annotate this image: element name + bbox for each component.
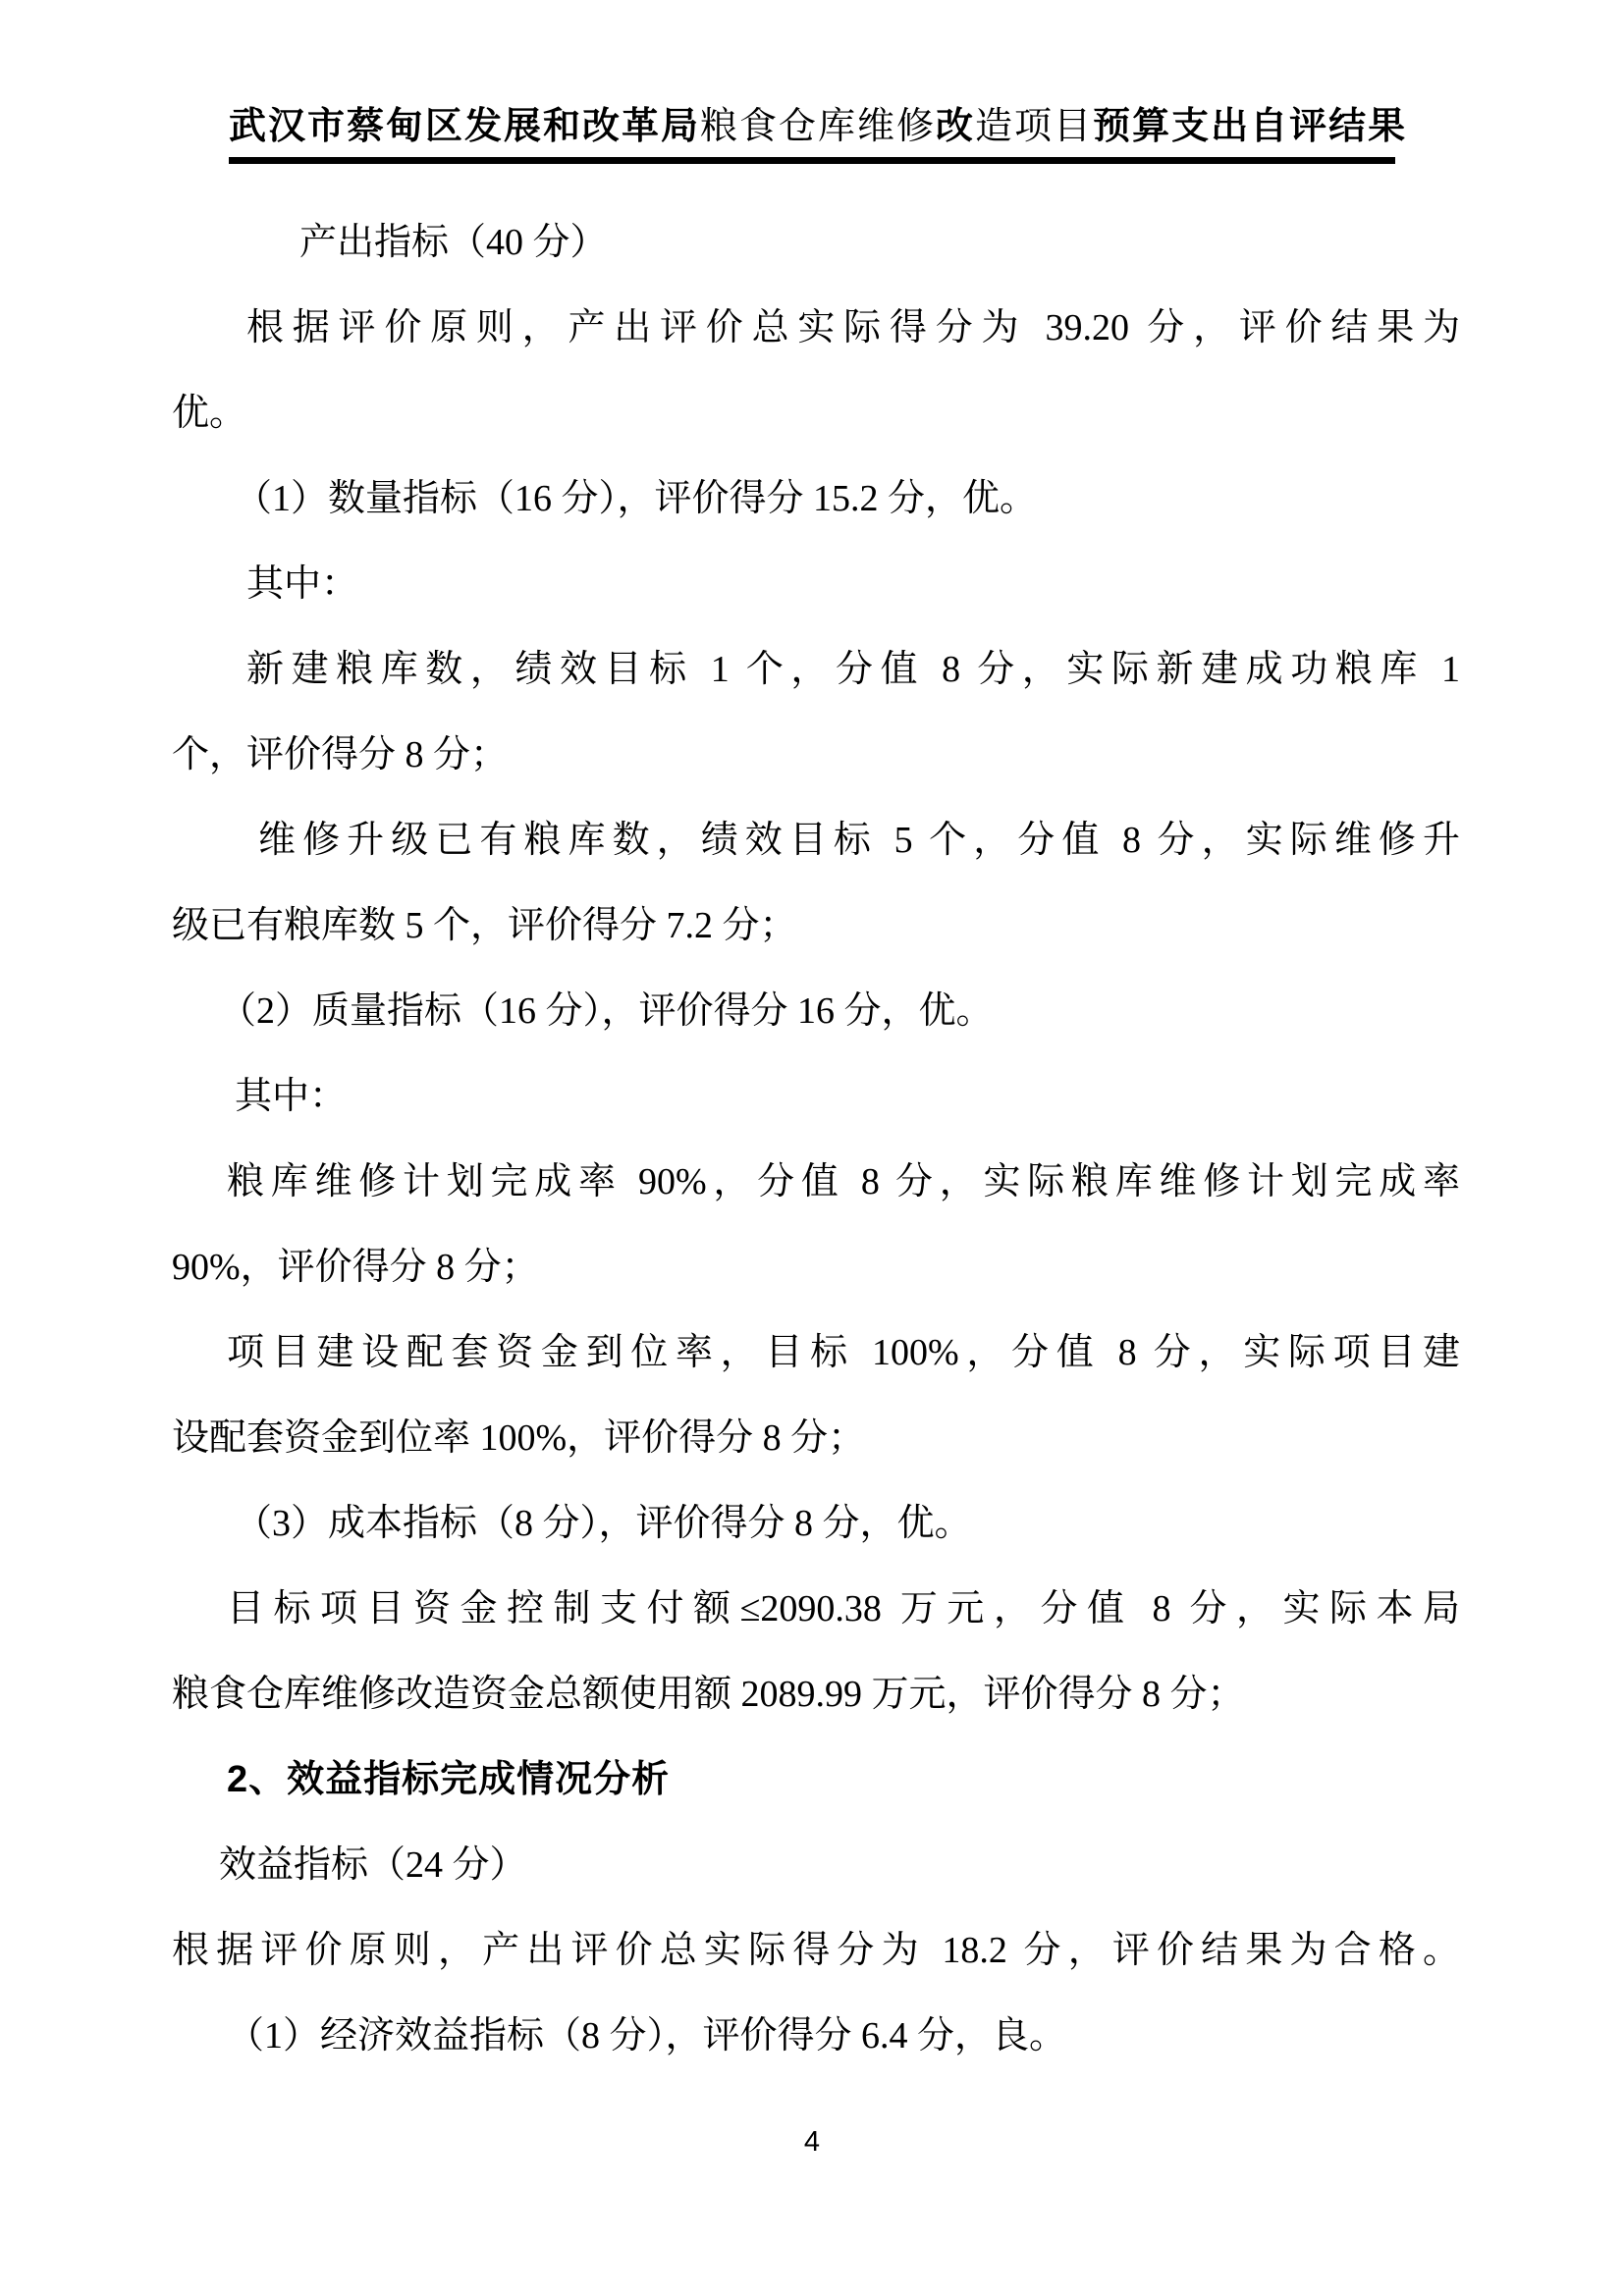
page-number: 4: [804, 2126, 820, 2158]
text-line: （3）成本指标（8 分），评价得分 8 分，优。: [172, 1481, 1460, 1567]
text-line: （1）经济效益指标（8 分），评价得分 6.4 分，良。: [172, 1994, 1460, 2079]
text-line: 90%，评价得分 8 分；: [172, 1225, 1460, 1310]
text-line: 产出指标（40 分）: [172, 200, 1460, 286]
text-line: （2）质量指标（16 分），评价得分 16 分，优。: [172, 969, 1460, 1054]
text-line: 其中：: [172, 1054, 1460, 1140]
text-line: 目标项目资金控制支付额≤2090.38 万元，分值 8 分，实际本局: [172, 1567, 1460, 1652]
text-line: 效益指标（24 分）: [172, 1823, 1460, 1908]
text-line: 项目建设配套资金到位率，目标 100%，分值 8 分，实际项目建: [172, 1310, 1460, 1396]
header-title-segment: 改: [936, 106, 975, 147]
text-line: （1）数量指标（16 分），评价得分 15.2 分，优。: [172, 456, 1460, 542]
text-line: 维修升级已有粮库数，绩效目标 5 个，分值 8 分，实际维修升: [172, 798, 1460, 883]
text-line: 粮库维修计划完成率 90%，分值 8 分，实际粮库维修计划完成率: [172, 1140, 1460, 1225]
text-line: 设配套资金到位率 100%，评价得分 8 分；: [172, 1396, 1460, 1481]
text-line: 新建粮库数，绩效目标 1 个，分值 8 分，实际新建成功粮库 1: [172, 627, 1460, 713]
text-line: 优。: [172, 371, 1460, 456]
text-line: 级已有粮库数 5 个，评价得分 7.2 分；: [172, 883, 1460, 969]
document-page: 武汉市蔡甸区发展和改革局粮食仓库维修改造项目预算支出自评结果 产出指标（40 分…: [0, 0, 1624, 2296]
text-line: 粮食仓库维修改造资金总额使用额 2089.99 万元，评价得分 8 分；: [172, 1652, 1460, 1737]
header-title: 武汉市蔡甸区发展和改革局粮食仓库维修改造项目预算支出自评结果: [229, 106, 1407, 147]
header-title-segment: 粮食仓库维修: [700, 106, 936, 147]
page-footer: 4: [0, 2122, 1624, 2162]
text-line: 根据评价原则，产出评价总实际得分为 39.20 分，评价结果为: [172, 286, 1460, 371]
header-title-segment: 造项目: [975, 106, 1093, 147]
document-body: 产出指标（40 分）根据评价原则，产出评价总实际得分为 39.20 分，评价结果…: [172, 200, 1460, 2079]
header-title-segment: 武汉市蔡甸区发展和改革局: [229, 106, 700, 147]
text-line: 2、效益指标完成情况分析: [172, 1737, 1460, 1823]
text-line: 其中：: [172, 542, 1460, 627]
text-line: 根据评价原则，产出评价总实际得分为 18.2 分，评价结果为合格。: [172, 1908, 1460, 1994]
header-title-segment: 预算支出自评结果: [1093, 106, 1407, 147]
text-line: 个，评价得分 8 分；: [172, 713, 1460, 798]
page-header: 武汉市蔡甸区发展和改革局粮食仓库维修改造项目预算支出自评结果: [229, 104, 1395, 164]
